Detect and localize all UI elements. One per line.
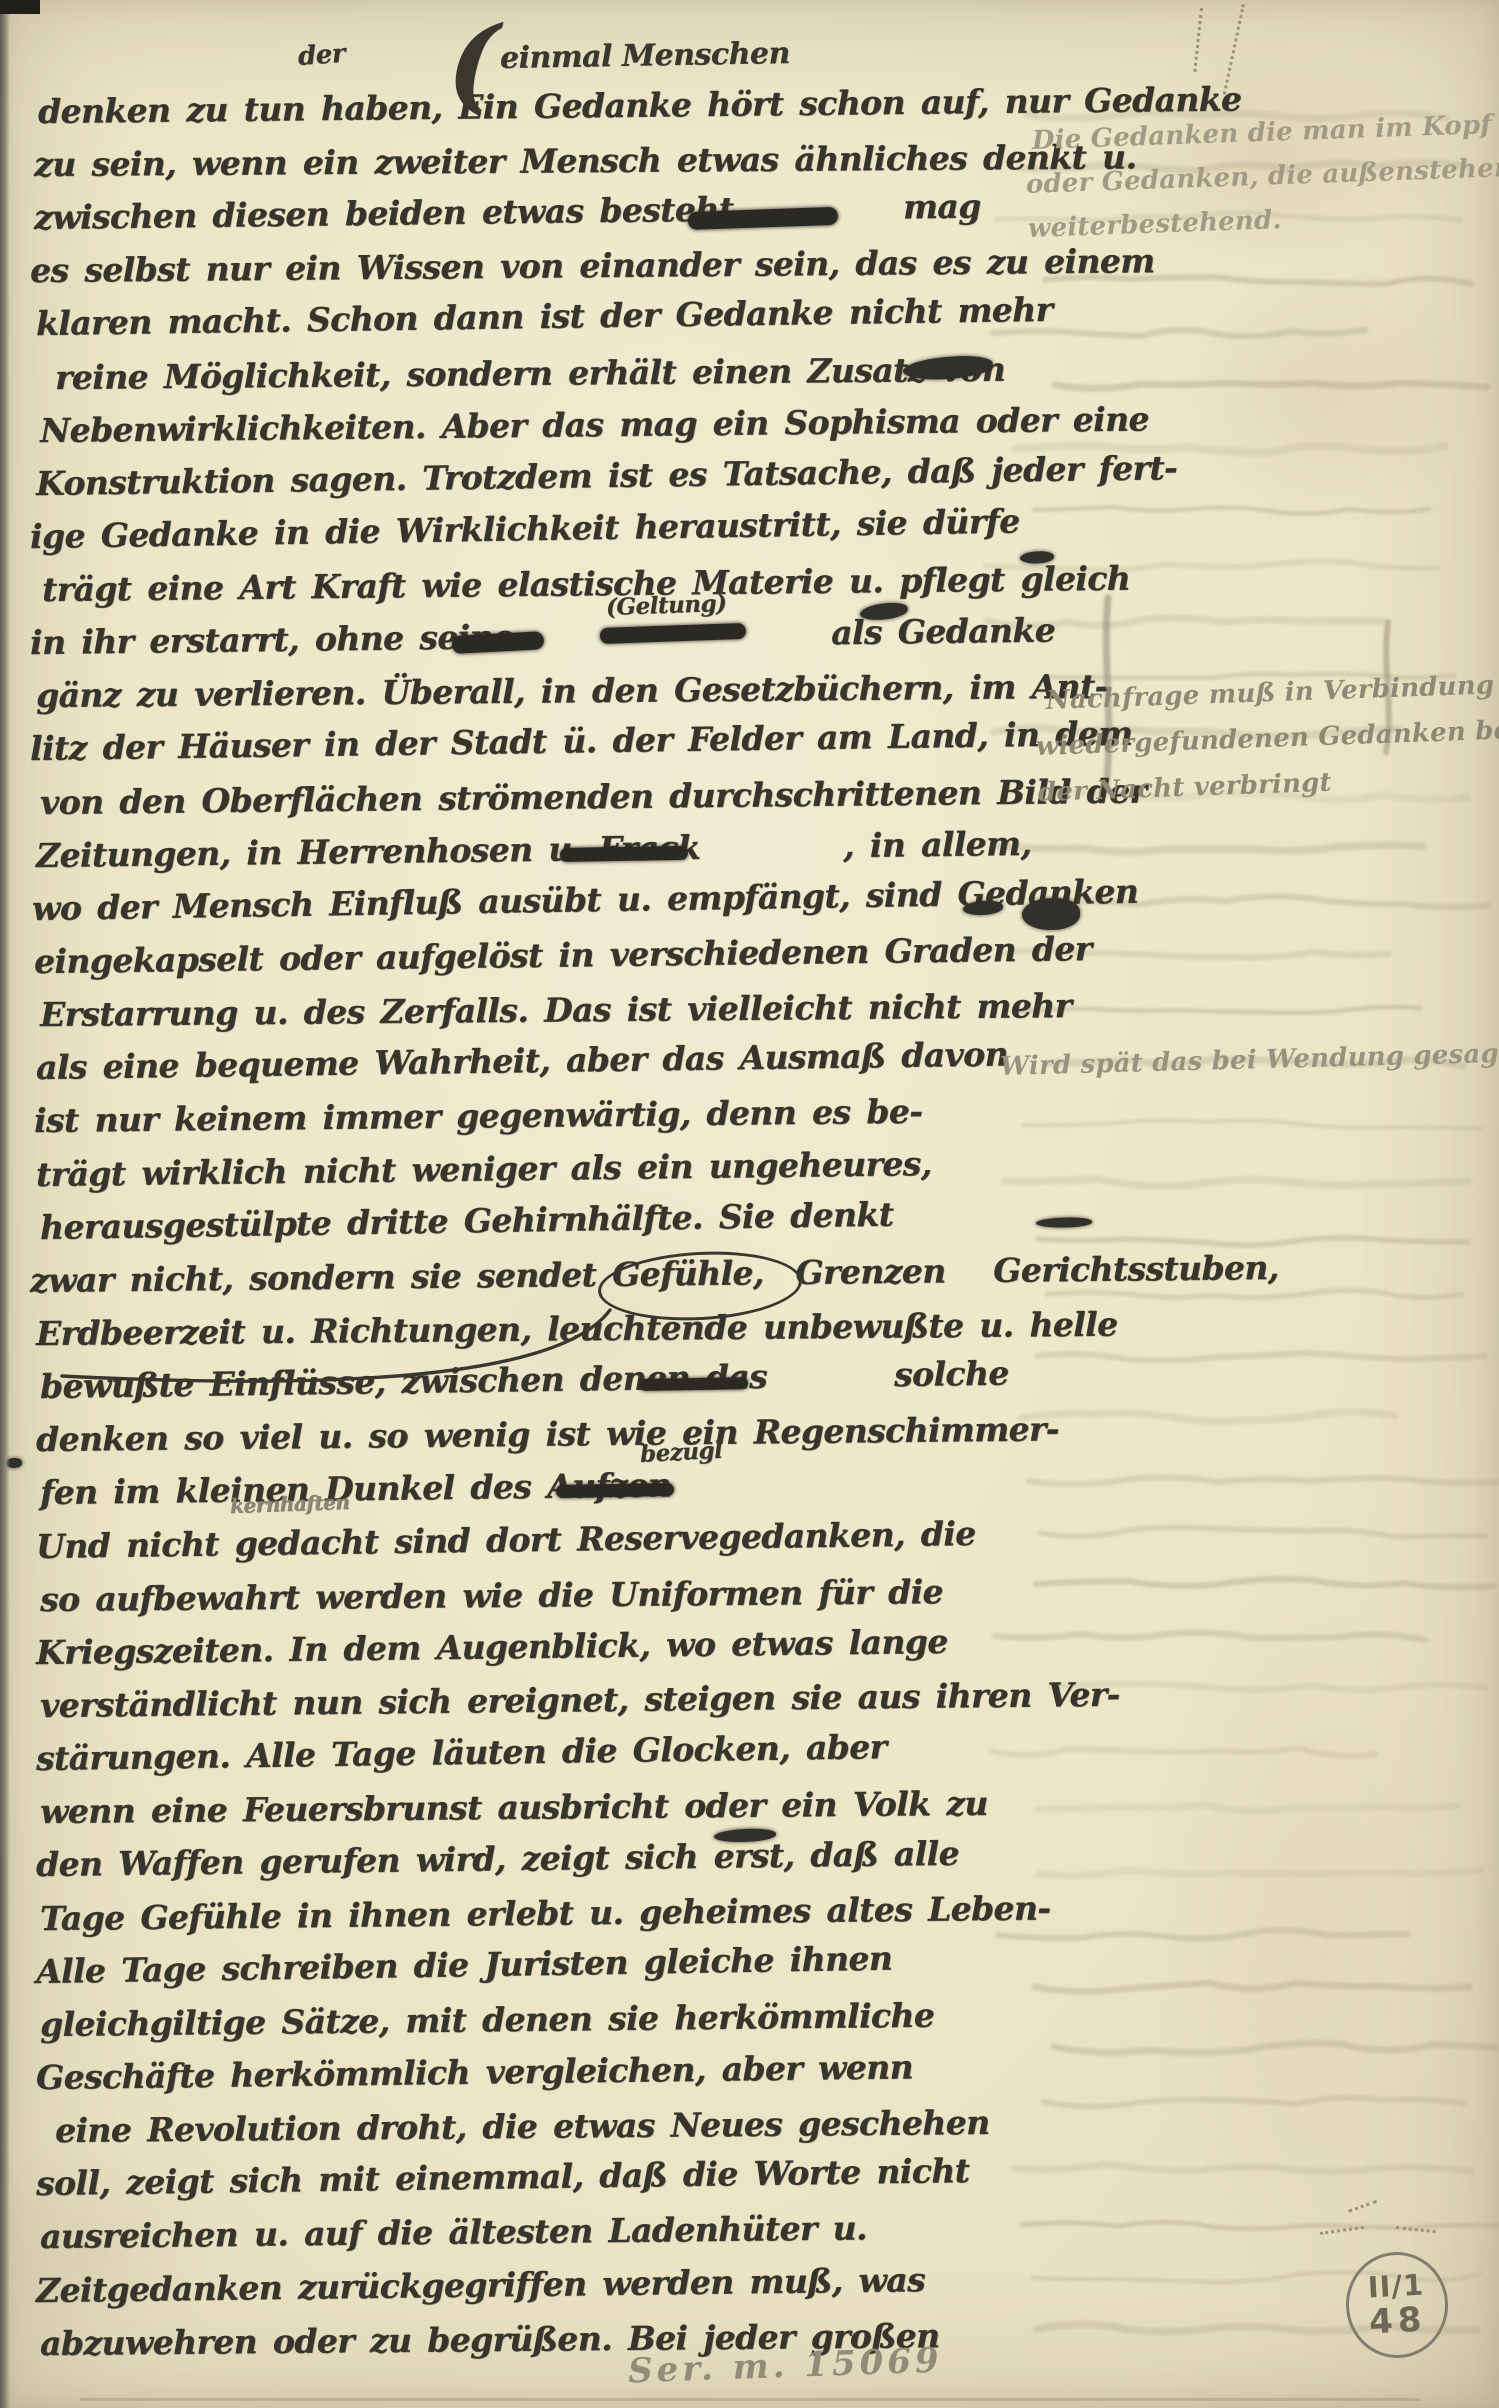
scan-corner-mark xyxy=(0,0,40,14)
manuscript-line: wenn eine Feuersbrunst ausbricht oder ei… xyxy=(40,1784,988,1832)
redaction-mark xyxy=(640,1377,748,1391)
circled-word-connector xyxy=(40,1278,620,1408)
inserted-word: ( xyxy=(445,10,499,116)
inserted-word: bezügl xyxy=(639,1439,722,1466)
manuscript-line: zu sein, wenn ein zweiter Mensch etwas ä… xyxy=(34,137,1137,185)
inserted-word: (Geltung) xyxy=(606,592,727,619)
scan-edge-left xyxy=(0,0,10,2408)
manuscript-line: eine Revolution droht, die etwas Neues g… xyxy=(55,2103,990,2151)
inserted-word: der xyxy=(297,41,346,70)
inserted-word: einmal Menschen xyxy=(500,39,790,74)
inserted-word: kernhaften xyxy=(230,1492,350,1516)
manuscript-scan: denken zu tun haben, Ein Gedanke hört sc… xyxy=(0,0,1499,2408)
redaction-mark xyxy=(560,846,688,862)
scan-edge-bottom xyxy=(80,2398,1420,2401)
manuscript-line: so aufbewahrt werden wie die Uniformen f… xyxy=(40,1572,943,1620)
archive-mark-page: 48 xyxy=(1349,2298,1447,2343)
manuscript-line: reine Möglichkeit, sondern erhält einen … xyxy=(55,350,1005,398)
redaction-mark xyxy=(556,1483,674,1498)
ink-blot xyxy=(1022,898,1080,930)
